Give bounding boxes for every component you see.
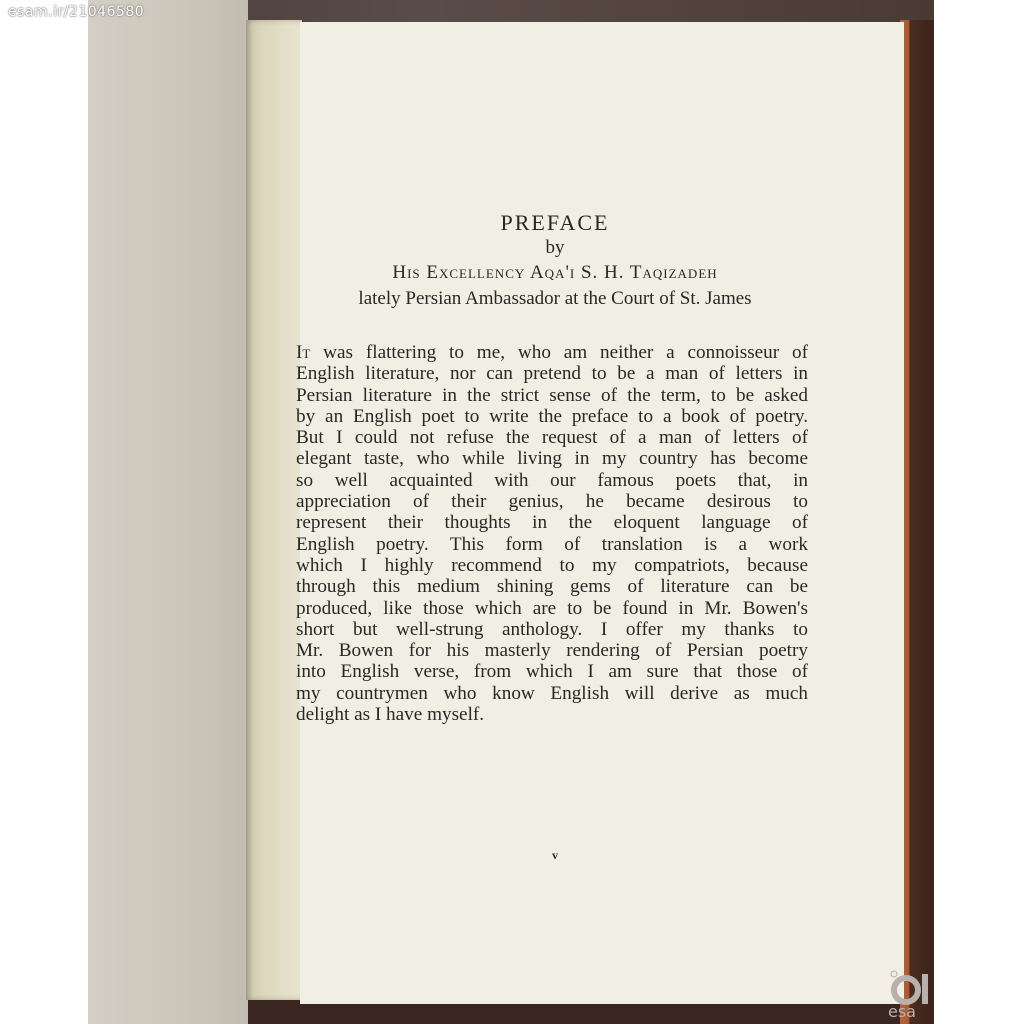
- author-name: His Excellency Aqa'i S. H. Taqizadeh: [300, 262, 810, 284]
- page-number: v: [300, 848, 810, 863]
- body-line: so well acquainted with our famous poets…: [296, 470, 808, 491]
- watermark-url: esam.ir/21046580: [8, 4, 144, 20]
- body-line: by an English poet to write the preface …: [296, 406, 808, 427]
- body-line: produced, like those which are to be fou…: [296, 598, 808, 619]
- body-paragraph: It was flattering to me, who am neither …: [296, 342, 808, 725]
- body-line: through this medium shining gems of lite…: [296, 576, 808, 597]
- book-photo: PREFACE by His Excellency Aqa'i S. H. Ta…: [0, 0, 1024, 1024]
- body-line: which I highly recommend to my compatrio…: [296, 555, 808, 576]
- book-cover-edge: [900, 20, 934, 1024]
- body-line: into English verse, from which I am sure…: [296, 661, 808, 682]
- body-line: my countrymen who know English will deri…: [296, 683, 808, 704]
- body-line: English poetry. This form of translation…: [296, 534, 808, 555]
- body-line: It was flattering to me, who am neither …: [296, 342, 808, 363]
- body-line: elegant taste, who while living in my co…: [296, 448, 808, 469]
- body-line: But I could not refuse the request of a …: [296, 427, 808, 448]
- lead-smallcaps: It: [296, 342, 310, 363]
- body-line: Persian literature in the strict sense o…: [296, 385, 808, 406]
- page-content: PREFACE by His Excellency Aqa'i S. H. Ta…: [300, 22, 904, 1004]
- body-line: short but well-strung anthology. I offer…: [296, 619, 808, 640]
- body-line: English literature, nor can pretend to b…: [296, 363, 808, 384]
- book-gutter: [246, 20, 302, 1000]
- byline-label: by: [300, 237, 810, 259]
- page-title: PREFACE: [300, 210, 810, 236]
- body-line: Mr. Bowen for his masterly rendering of …: [296, 640, 808, 661]
- right-page: PREFACE by His Excellency Aqa'i S. H. Ta…: [300, 22, 904, 1004]
- body-line: represent their thoughts in the eloquent…: [296, 512, 808, 533]
- watermark-logo-text: esa: [888, 1002, 916, 1021]
- left-facing-page: [88, 0, 248, 1024]
- author-role: lately Persian Ambassador at the Court o…: [300, 288, 810, 310]
- body-line: delight as I have myself.: [296, 704, 808, 725]
- body-line: appreciation of their genius, he became …: [296, 491, 808, 512]
